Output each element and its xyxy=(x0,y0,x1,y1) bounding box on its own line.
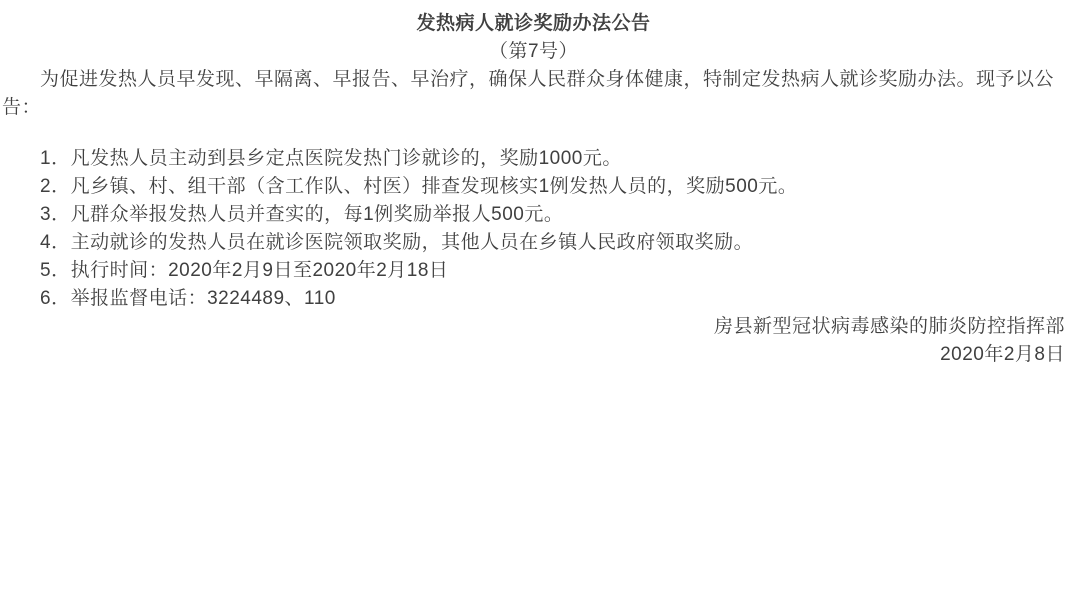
issue-number: （第7号） xyxy=(2,38,1065,66)
issuing-authority: 房县新型冠状病毒感染的肺炎防控指挥部 xyxy=(2,313,1065,341)
reward-item-4: 4．主动就诊的发热人员在就诊医院领取奖励，其他人员在乡镇人民政府领取奖励。 xyxy=(2,229,1065,257)
reward-item-1: 1．凡发热人员主动到县乡定点医院发热门诊就诊的，奖励1000元。 xyxy=(2,145,1065,173)
issue-date: 2020年2月8日 xyxy=(2,341,1065,369)
reward-item-2: 2．凡乡镇、村、组干部（含工作队、村医）排查发现核实1例发热人员的，奖励500元… xyxy=(2,173,1065,201)
page-title: 发热病人就诊奖励办法公告 xyxy=(2,10,1065,38)
reward-item-3: 3．凡群众举报发热人员并查实的，每1例奖励举报人500元。 xyxy=(2,201,1065,229)
reward-item-5: 5．执行时间：2020年2月9日至2020年2月18日 xyxy=(2,257,1065,285)
announcement-document: 发热病人就诊奖励办法公告 （第7号） 为促进发热人员早发现、早隔离、早报告、早治… xyxy=(0,0,1079,593)
reward-item-6: 6．举报监督电话：3224489、110 xyxy=(2,285,1065,313)
intro-paragraph: 为促进发热人员早发现、早隔离、早报告、早治疗，确保人民群众身体健康，特制定发热病… xyxy=(2,66,1065,122)
